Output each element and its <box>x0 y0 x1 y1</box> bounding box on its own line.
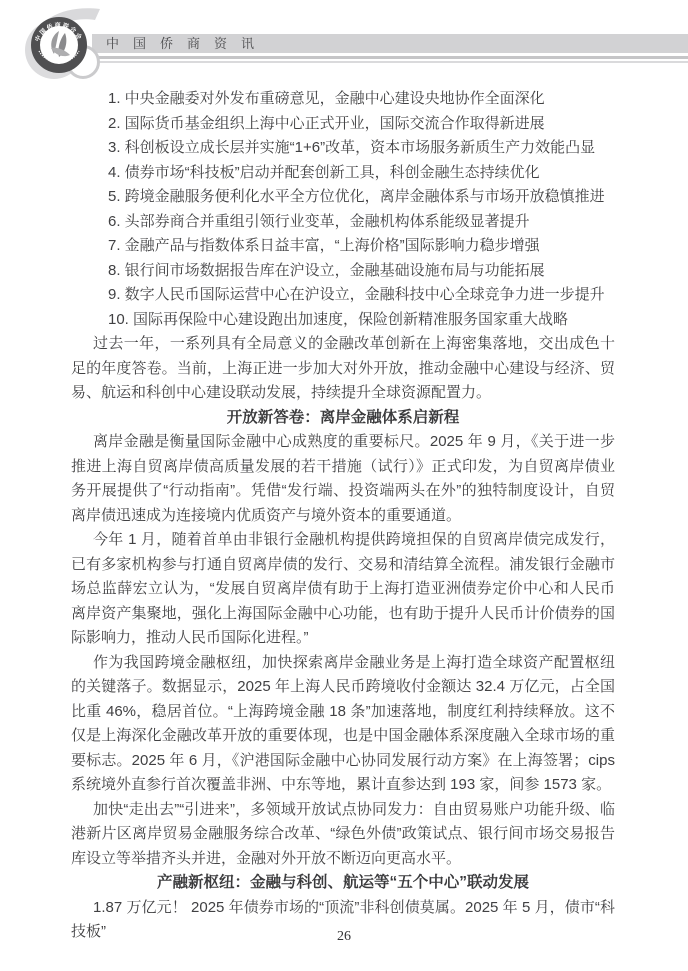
section-heading-offshore: 开放新答卷：离岸金融体系启新程 <box>71 406 615 431</box>
headline-item-7: 7. 金融产品与指数体系日益丰富，“上海价格”国际影响力稳步增强 <box>71 234 615 259</box>
headline-item-1: 1. 中央金融委对外发布重磅意见，金融中心建设央地协作全面深化 <box>71 87 615 112</box>
header-rule-thick <box>92 56 688 59</box>
header-band: 中国侨商资讯 <box>92 34 688 53</box>
paragraph-offshore-1: 离岸金融是衡量国际金融中心成熟度的重要标尺。2025 年 9 月，《关于进一步推… <box>71 430 615 528</box>
article-body: 1. 中央金融委对外发布重磅意见，金融中心建设央地协作全面深化 2. 国际货币基… <box>71 87 615 945</box>
paragraph-offshore-3: 作为我国跨境金融枢纽，加快探索离岸金融业务是上海打造全球资产配置枢纽的关键落子。… <box>71 651 615 798</box>
brand-title: 中国侨商资讯 <box>106 34 268 53</box>
federation-seal-logo: 中国侨商联合会 <box>20 2 104 86</box>
document-page: 中国侨商联合会 中国侨商资讯 1. 中央金融委对外发布重磅意见，金融中心建设央地… <box>0 0 688 971</box>
headline-item-8: 8. 银行间市场数据报告库在沪设立，金融基础设施布局与功能拓展 <box>71 259 615 284</box>
seal-icon: 中国侨商联合会 <box>20 2 104 86</box>
headline-item-10: 10. 国际再保险中心建设跑出加速度，保险创新精准服务国家重大战略 <box>71 308 615 333</box>
paragraph-offshore-4: 加快“走出去”“引进来”，多领域开放试点协同发力：自由贸易账户功能升级、临港新片… <box>71 798 615 872</box>
section-heading-hub: 产融新枢纽：金融与科创、航运等“五个中心”联动发展 <box>71 871 615 896</box>
headline-item-3: 3. 科创板设立成长层并实施“1+6”改革，资本市场服务新质生产力效能凸显 <box>71 136 615 161</box>
headline-item-5: 5. 跨境金融服务便利化水平全方位优化，离岸金融体系与市场开放稳慎推进 <box>71 185 615 210</box>
page-number: 26 <box>0 929 688 945</box>
headline-list: 1. 中央金融委对外发布重磅意见，金融中心建设央地协作全面深化 2. 国际货币基… <box>71 87 615 332</box>
paragraph-intro: 过去一年，一系列具有全局意义的金融改革创新在上海密集落地，交出成色十足的年度答卷… <box>71 332 615 406</box>
headline-item-4: 4. 债券市场“科技板”启动并配套创新工具，科创金融生态持续优化 <box>71 161 615 186</box>
headline-item-2: 2. 国际货币基金组织上海中心正式开业，国际交流合作取得新进展 <box>71 112 615 137</box>
headline-item-9: 9. 数字人民币国际运营中心在沪设立，金融科技中心全球竞争力进一步提升 <box>71 283 615 308</box>
headline-item-6: 6. 头部券商合并重组引领行业变革，金融机构体系能级显著提升 <box>71 210 615 235</box>
paragraph-offshore-2: 今年 1 月，随着首单由非银行金融机构提供跨境担保的自贸离岸债完成发行，已有多家… <box>71 528 615 651</box>
header-rule-thin <box>92 61 688 63</box>
